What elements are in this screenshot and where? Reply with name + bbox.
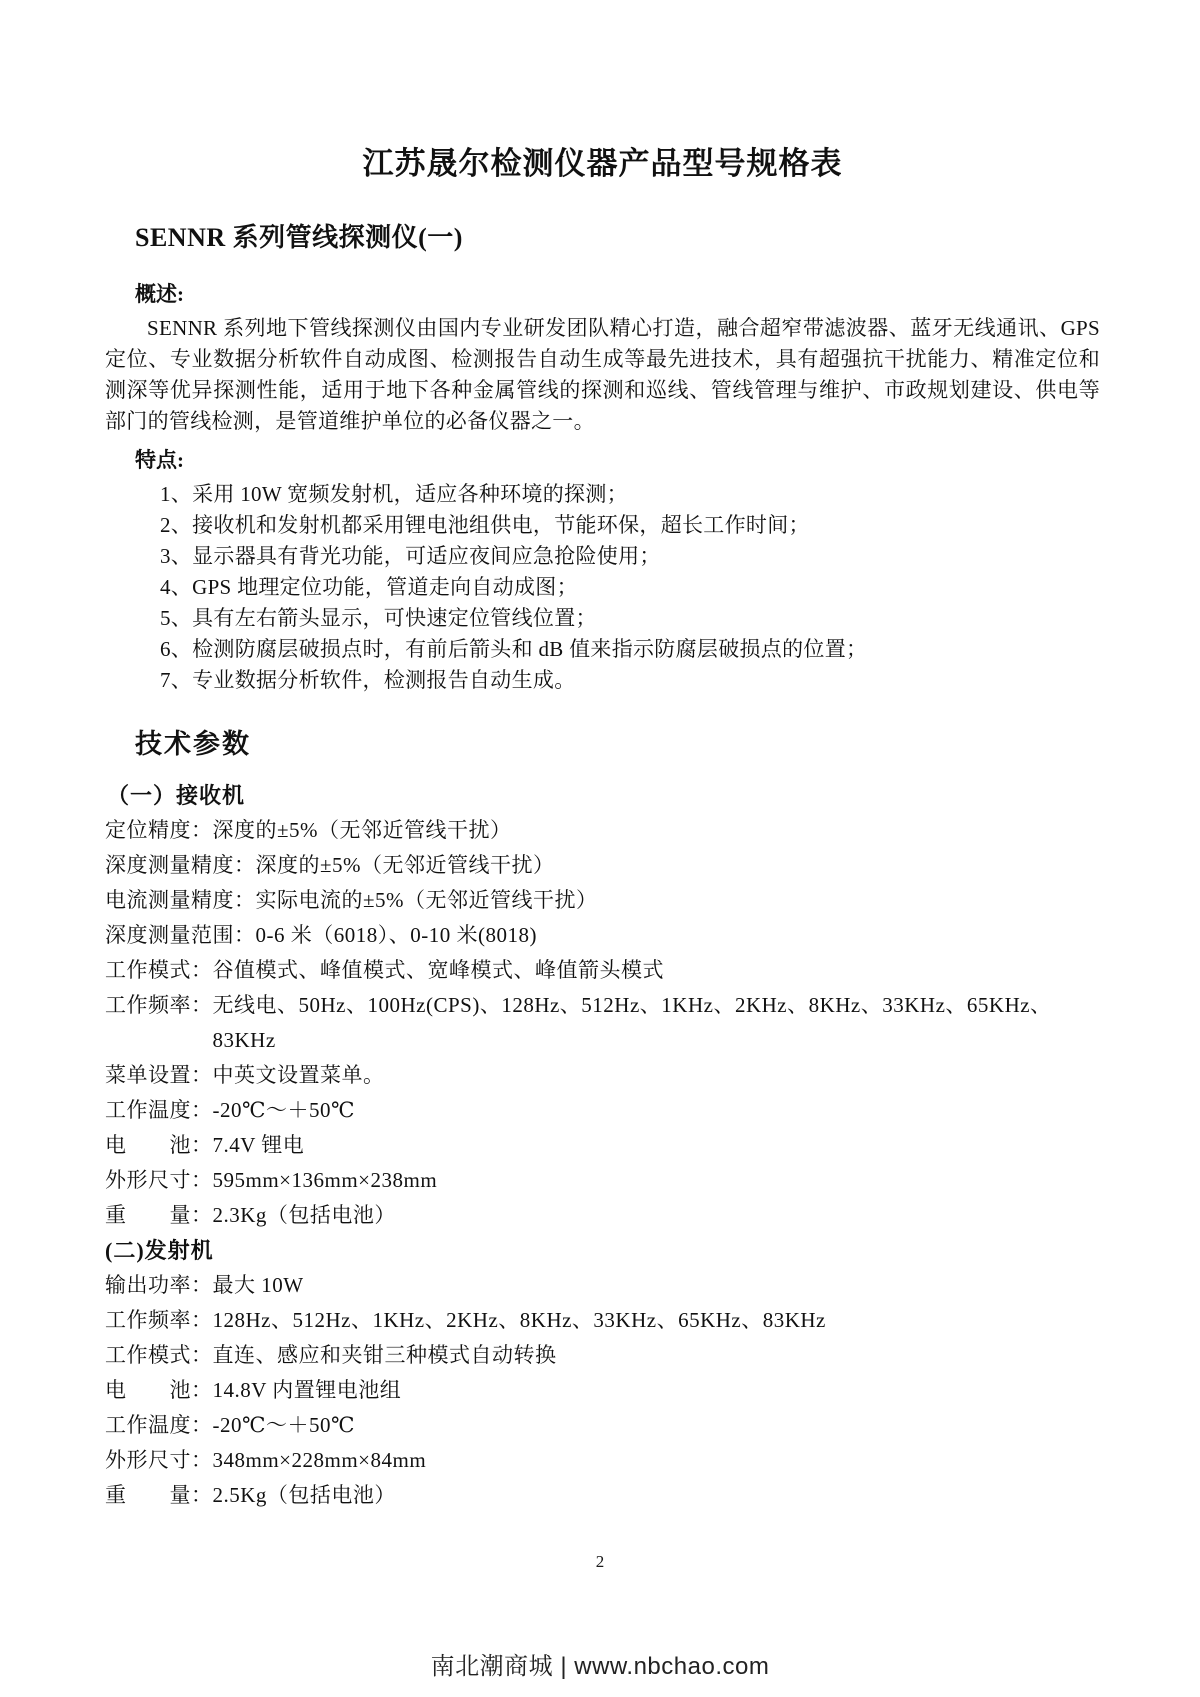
spec-label: 工作温度：	[105, 1093, 213, 1128]
spec-row: 工作频率： 无线电、50Hz、100Hz(CPS)、128Hz、512Hz、1K…	[105, 988, 1100, 1058]
tech-params-heading: 技术参数	[135, 722, 1100, 761]
footer-text: 南北潮商城 | www.nbchao.com	[431, 1653, 770, 1680]
spec-row: 深度测量精度： 深度的±5%（无邻近管线干扰）	[105, 848, 1100, 883]
receiver-section-heading: （一）接收机	[107, 779, 1100, 813]
spec-label: 深度测量范围：	[105, 918, 256, 953]
page-content: 江苏晟尔检测仪器产品型号规格表 SENNR 系列管线探测仪(一) 概述: SEN…	[105, 0, 1100, 1513]
overview-heading: 概述:	[135, 278, 1100, 308]
spec-row: 重 量： 2.5Kg（包括电池）	[105, 1478, 1100, 1513]
spec-row: 重 量： 2.3Kg（包括电池）	[105, 1198, 1100, 1233]
spec-row: 输出功率： 最大 10W	[105, 1268, 1100, 1303]
spec-value: 128Hz、512Hz、1KHz、2KHz、8KHz、33KHz、65KHz、8…	[213, 1303, 1101, 1338]
spec-value: -20℃～＋50℃	[213, 1093, 1101, 1128]
spec-label: 电流测量精度：	[105, 883, 256, 918]
spec-row: 电 池： 14.8V 内置锂电池组	[105, 1373, 1100, 1408]
feature-item: 7、专业数据分析软件，检测报告自动生成。	[160, 665, 1100, 696]
spec-row: 外形尺寸： 595mm×136mm×238mm	[105, 1163, 1100, 1198]
spec-value: 最大 10W	[213, 1268, 1101, 1303]
spec-label: 工作频率：	[105, 988, 213, 1058]
spec-value: 深度的±5%（无邻近管线干扰）	[213, 813, 1101, 848]
transmitter-section-heading: (二)发射机	[105, 1233, 1100, 1268]
feature-item: 3、显示器具有背光功能，可适应夜间应急抢险使用；	[160, 541, 1100, 572]
spec-label: 重 量：	[105, 1198, 213, 1233]
spec-label: 菜单设置：	[105, 1058, 213, 1093]
spec-value: 无线电、50Hz、100Hz(CPS)、128Hz、512Hz、1KHz、2KH…	[213, 988, 1101, 1058]
document-title: 江苏晟尔检测仪器产品型号规格表	[105, 138, 1100, 183]
spec-row: 外形尺寸： 348mm×228mm×84mm	[105, 1443, 1100, 1478]
footer: 南北潮商城 | www.nbchao.com	[0, 1646, 1200, 1681]
spec-row: 定位精度： 深度的±5%（无邻近管线干扰）	[105, 813, 1100, 848]
spec-label: 外形尺寸：	[105, 1163, 213, 1198]
spec-value: 14.8V 内置锂电池组	[213, 1373, 1101, 1408]
spec-value: 深度的±5%（无邻近管线干扰）	[256, 848, 1101, 883]
spec-row: 菜单设置： 中英文设置菜单。	[105, 1058, 1100, 1093]
features-list: 1、采用 10W 宽频发射机，适应各种环境的探测； 2、接收机和发射机都采用锂电…	[160, 479, 1100, 696]
spec-label: 工作频率：	[105, 1303, 213, 1338]
page-number: 2	[0, 1552, 1200, 1572]
spec-label: 外形尺寸：	[105, 1443, 213, 1478]
spec-row: 工作温度： -20℃～＋50℃	[105, 1408, 1100, 1443]
spec-label: 输出功率：	[105, 1268, 213, 1303]
feature-item: 5、具有左右箭头显示，可快速定位管线位置；	[160, 603, 1100, 634]
features-heading: 特点:	[135, 444, 1100, 474]
feature-item: 2、接收机和发射机都采用锂电池组供电，节能环保，超长工作时间；	[160, 510, 1100, 541]
spec-value: 谷值模式、峰值模式、宽峰模式、峰值箭头模式	[213, 953, 1101, 988]
spec-row: 工作频率： 128Hz、512Hz、1KHz、2KHz、8KHz、33KHz、6…	[105, 1303, 1100, 1338]
spec-value: 0-6 米（6018）、0-10 米(8018)	[256, 918, 1101, 953]
document-page: { "doc": { "title": "江苏晟尔检测仪器产品型号规格表", "…	[0, 0, 1200, 1697]
spec-value: 直连、感应和夹钳三种模式自动转换	[213, 1338, 1101, 1373]
receiver-spec-list: 定位精度： 深度的±5%（无邻近管线干扰） 深度测量精度： 深度的±5%（无邻近…	[105, 813, 1100, 1233]
spec-label: 定位精度：	[105, 813, 213, 848]
spec-row: 工作模式： 谷值模式、峰值模式、宽峰模式、峰值箭头模式	[105, 953, 1100, 988]
feature-item: 4、GPS 地理定位功能，管道走向自动成图；	[160, 572, 1100, 603]
overview-paragraph: SENNR 系列地下管线探测仪由国内专业研发团队精心打造，融合超窄带滤波器、蓝牙…	[105, 313, 1100, 437]
spec-label: 电 池：	[105, 1373, 213, 1408]
spec-value: 7.4V 锂电	[213, 1128, 1101, 1163]
spec-value: 中英文设置菜单。	[213, 1058, 1101, 1093]
spec-row: 电流测量精度： 实际电流的±5%（无邻近管线干扰）	[105, 883, 1100, 918]
spec-row: 电 池： 7.4V 锂电	[105, 1128, 1100, 1163]
transmitter-spec-list: 输出功率： 最大 10W 工作频率： 128Hz、512Hz、1KHz、2KHz…	[105, 1268, 1100, 1513]
spec-row: 工作温度： -20℃～＋50℃	[105, 1093, 1100, 1128]
feature-item: 1、采用 10W 宽频发射机，适应各种环境的探测；	[160, 479, 1100, 510]
spec-label: 工作温度：	[105, 1408, 213, 1443]
spec-value: 实际电流的±5%（无邻近管线干扰）	[256, 883, 1101, 918]
series-heading: SENNR 系列管线探测仪(一)	[135, 217, 1100, 254]
spec-label: 重 量：	[105, 1478, 213, 1513]
spec-value: 2.3Kg（包括电池）	[213, 1198, 1101, 1233]
spec-value: -20℃～＋50℃	[213, 1408, 1101, 1443]
spec-label: 工作模式：	[105, 953, 213, 988]
spec-value: 2.5Kg（包括电池）	[213, 1478, 1101, 1513]
spec-label: 工作模式：	[105, 1338, 213, 1373]
spec-label: 电 池：	[105, 1128, 213, 1163]
spec-row: 深度测量范围： 0-6 米（6018）、0-10 米(8018)	[105, 918, 1100, 953]
spec-value: 348mm×228mm×84mm	[213, 1443, 1101, 1478]
spec-value: 595mm×136mm×238mm	[213, 1163, 1101, 1198]
spec-label: 深度测量精度：	[105, 848, 256, 883]
feature-item: 6、检测防腐层破损点时，有前后箭头和 dB 值来指示防腐层破损点的位置；	[160, 634, 1100, 665]
spec-row: 工作模式： 直连、感应和夹钳三种模式自动转换	[105, 1338, 1100, 1373]
